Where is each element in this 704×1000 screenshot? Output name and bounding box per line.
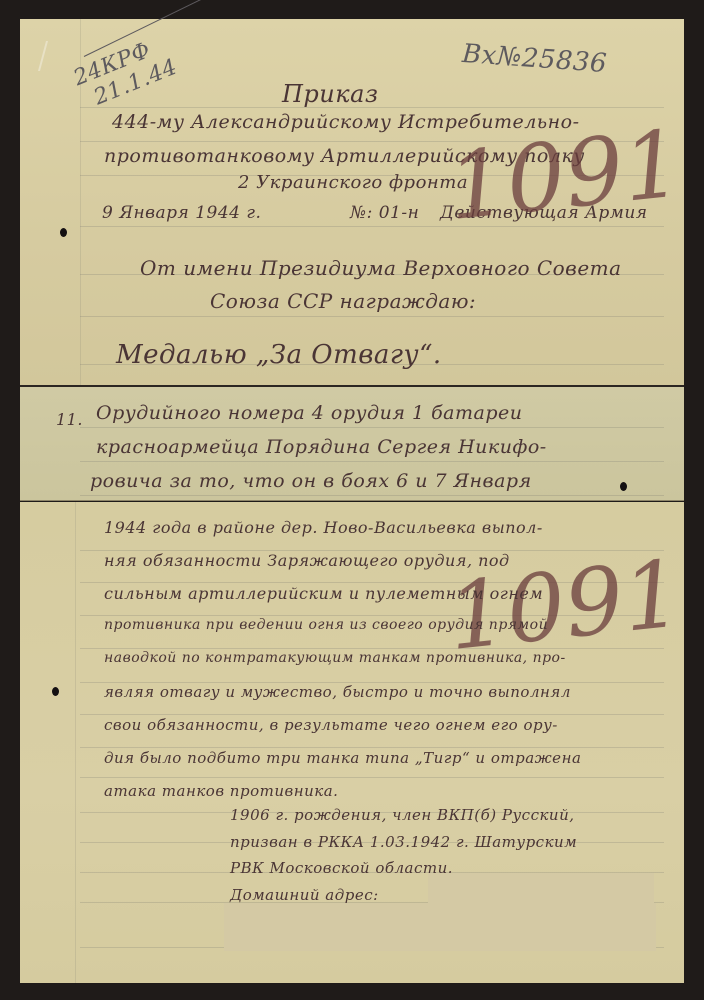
order-number: №: 01-н bbox=[350, 203, 419, 223]
document-title: Приказ bbox=[282, 80, 378, 108]
preamble-line-1: От имени Президиума Верховного Совета bbox=[140, 256, 622, 280]
entry-line: дия было подбито три танка типа „Тигр“ и… bbox=[104, 749, 581, 767]
punch-hole bbox=[52, 687, 59, 696]
page-seam bbox=[20, 500, 684, 501]
ruled-line bbox=[80, 747, 664, 748]
ruled-line bbox=[80, 495, 664, 496]
bio-line: призван в РККА 1.03.1942 г. Шатурским bbox=[230, 833, 577, 851]
ruled-line bbox=[80, 777, 664, 778]
entry-line: красноармейца Порядина Сергея Никифо- bbox=[96, 436, 547, 458]
entry-line: наводкой по контратакующим танкам против… bbox=[104, 650, 566, 666]
preamble-line-2: Союза ССР награждаю: bbox=[210, 289, 476, 313]
header-line-3: 2 Украинского фронта bbox=[238, 172, 468, 193]
entry-line: являя отвагу и мужество, быстро и точно … bbox=[104, 683, 571, 701]
entry-line: 1944 года в районе дер. Ново-Васильевка … bbox=[104, 518, 543, 537]
stamp-mark-1: 1091 bbox=[444, 118, 686, 234]
entry-line: атака танков противника. bbox=[104, 782, 338, 800]
bio-line: 1906 г. рождения, член ВКП(б) Русский, bbox=[230, 806, 575, 824]
order-date: 9 Января 1944 г. bbox=[102, 203, 261, 223]
redacted-region bbox=[428, 873, 654, 903]
ruled-line bbox=[80, 316, 664, 317]
ruled-line bbox=[80, 461, 664, 462]
award-name: Медалью „За Отвагу“. bbox=[116, 340, 442, 370]
entry-number: 11. bbox=[56, 410, 83, 429]
entry-line: свои обязанности, в результате чего огне… bbox=[104, 716, 558, 734]
entry-line: ровича за то, что он в боях 6 и 7 Января bbox=[90, 470, 532, 492]
punch-hole bbox=[620, 482, 627, 491]
entry-line: няя обязанности Заряжающего орудия, под bbox=[104, 551, 510, 570]
home-address-label: Домашний адрес: bbox=[230, 886, 379, 904]
entry-line: сильным артиллерийским и пулеметным огне… bbox=[104, 584, 543, 603]
punch-hole bbox=[60, 228, 67, 237]
entry-line: противника при ведении огня из своего ор… bbox=[104, 617, 548, 633]
ruled-line bbox=[80, 427, 664, 428]
ruled-line bbox=[80, 714, 664, 715]
entry-line: Орудийного номера 4 орудия 1 батареи bbox=[96, 402, 522, 424]
bio-line: РВК Московской области. bbox=[230, 859, 453, 877]
margin-rule bbox=[75, 502, 76, 983]
redacted-region bbox=[224, 903, 656, 951]
folded-corner bbox=[38, 41, 62, 71]
